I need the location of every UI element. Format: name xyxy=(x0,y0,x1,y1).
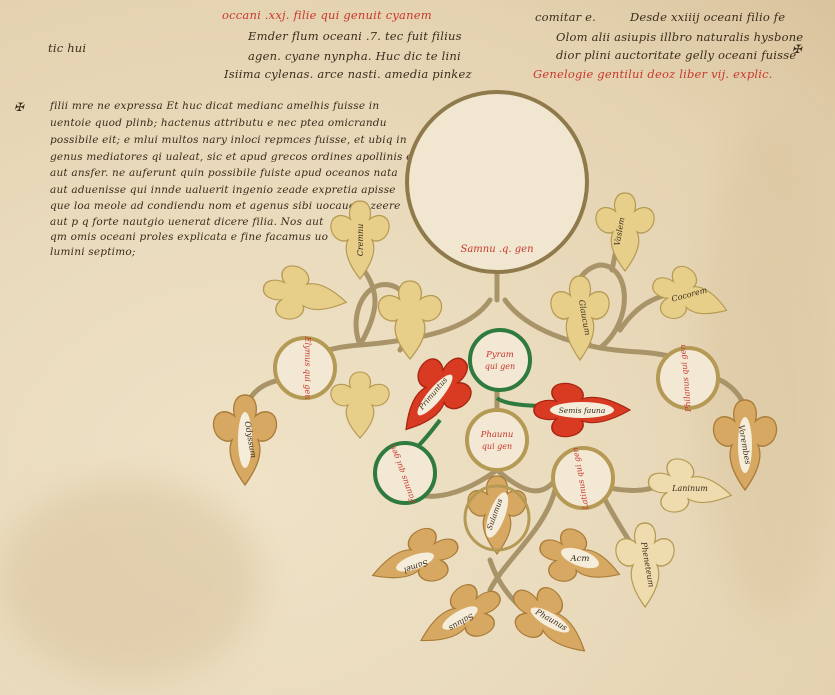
svg-text:Semis fauna: Semis fauna xyxy=(559,406,606,415)
leaf-vorembes: Vorembes xyxy=(713,400,776,490)
circle-pyram: Pyram qui gen xyxy=(470,330,530,390)
leaf-samel: Samel xyxy=(364,520,467,601)
circle-philanus: Philanus qui gen xyxy=(658,344,718,413)
circle-phaunu: Phaunu qui gen xyxy=(467,410,527,470)
root-circle: Samnu .q. gen xyxy=(407,92,587,272)
leaf-blank xyxy=(378,281,441,359)
leaf-blank xyxy=(331,372,389,438)
leaf-vaslem: Vaslem xyxy=(596,193,654,271)
leaf-laninum: Laninum xyxy=(644,454,736,521)
circle-elymus: Elymus qui gen xyxy=(275,336,335,400)
svg-text:Acm: Acm xyxy=(570,554,590,564)
svg-text:Elymus qui gen: Elymus qui gen xyxy=(303,336,312,400)
leaf-cremnu: Cremnu xyxy=(331,201,389,279)
leaf-blank xyxy=(259,261,351,328)
svg-text:qui gen: qui gen xyxy=(485,362,515,371)
leaf-phaunus: Phaunus xyxy=(498,573,601,672)
svg-text:Phaunu: Phaunu xyxy=(480,430,514,440)
leaf-odyssum: Odyssum xyxy=(213,395,276,485)
svg-text:Samnu .q. gen: Samnu .q. gen xyxy=(460,244,533,255)
genealogy-tree: Samnu .q. gen Cremnu Vaslem Glaucum Coco… xyxy=(0,0,835,695)
leaf-saluus: Saluus xyxy=(408,572,513,663)
circle-faunus: Faunus qui gen xyxy=(375,443,435,506)
svg-text:Pyram: Pyram xyxy=(485,350,514,360)
svg-text:qui gen: qui gen xyxy=(482,442,512,451)
svg-text:Cremnu: Cremnu xyxy=(356,224,365,257)
circle-latinus: Latinus qui gen xyxy=(553,447,613,512)
leaf-semis-fauna: Semis fauna xyxy=(534,383,630,436)
svg-text:Laninum: Laninum xyxy=(671,484,708,493)
